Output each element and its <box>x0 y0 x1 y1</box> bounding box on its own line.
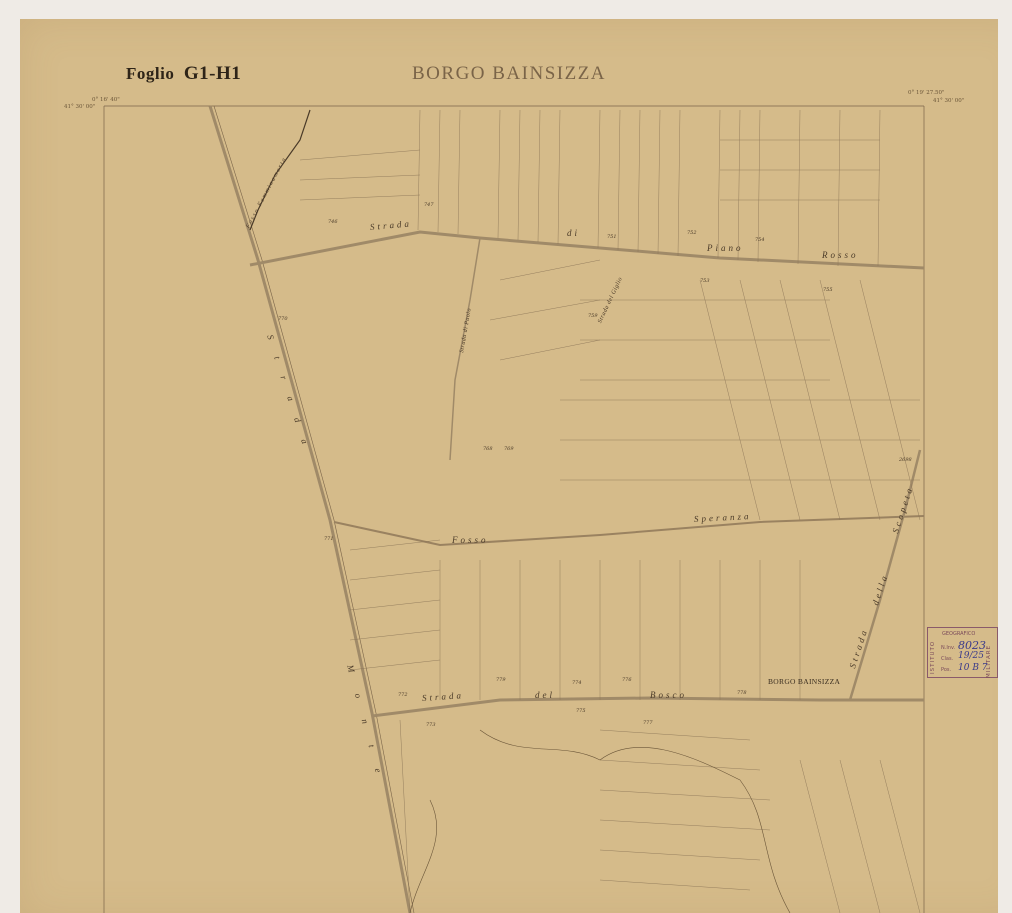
parcel-number: 779 <box>496 677 506 683</box>
parcel-number: 759 <box>588 313 598 319</box>
stamp-pos-value: 10 B 7 <box>958 663 988 673</box>
stamp-clas-value: 19/25 <box>958 651 984 661</box>
stamp-clas-label: Clas. <box>941 656 953 662</box>
parcel-number: 751 <box>607 234 617 240</box>
stamp-side-text-right: MILITARE <box>986 645 992 678</box>
stamp-header: GEOGRAFICO <box>942 631 975 637</box>
archive-stamp: GEOGRAFICO ISTITUTO MILITARE N.Inv. 8023… <box>927 627 998 678</box>
parcel-number: 775 <box>576 708 586 714</box>
parcel-number: 773 <box>426 722 436 728</box>
parcel-number: 771 <box>324 536 334 542</box>
parcel-number: 2698 <box>899 457 912 463</box>
parcel-number: 768 <box>483 446 493 452</box>
parcel-number: 752 <box>687 230 697 236</box>
parcel-number: 755 <box>823 287 833 293</box>
parcel-number: 776 <box>622 677 632 683</box>
parcel-number: 753 <box>700 278 710 284</box>
road-label-del: del <box>535 690 555 700</box>
parcel-number: 778 <box>737 690 747 696</box>
stamp-inv-label: N.Inv. <box>941 645 955 651</box>
road-label-di: di <box>567 228 580 238</box>
parcel-number: 747 <box>424 202 434 208</box>
parcel-number: 777 <box>643 720 653 726</box>
parcel-number: 772 <box>398 692 408 698</box>
stamp-side-text: ISTITUTO <box>930 641 936 674</box>
parcel-number: 774 <box>572 680 582 686</box>
parcel-number: 754 <box>755 237 765 243</box>
map-drawing <box>0 0 1012 913</box>
settlement-label: BORGO BAINSIZZA <box>768 677 840 686</box>
parcel-number: 769 <box>504 446 514 452</box>
road-label-bosco: Bosco <box>650 690 687 700</box>
stamp-pos-label: Pos. <box>941 667 951 673</box>
parcel-number: 770 <box>278 316 288 322</box>
road-label-piano: Piano <box>707 243 744 253</box>
road-label-rosso: Rosso <box>822 250 859 260</box>
parcel-number: 746 <box>328 219 338 225</box>
canal-label-fosso: Fosso <box>452 535 489 545</box>
